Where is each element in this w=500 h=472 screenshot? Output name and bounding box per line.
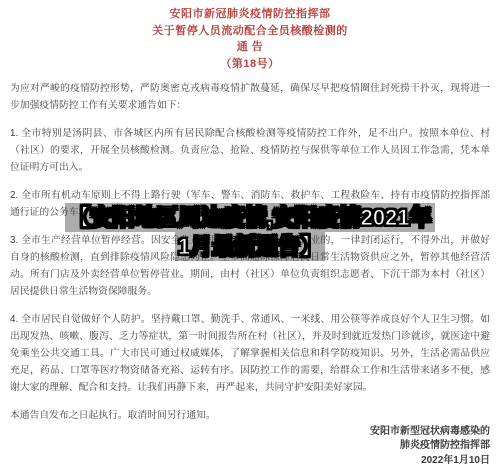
- header-doc-type: 通 告: [0, 39, 500, 56]
- notice-body: 为应对严峻的疫情防控形势，严防奥密克戎病毒疫情扩散蔓延，确保尽早把疫情圈住封死捞…: [0, 72, 500, 424]
- notice-header: 安阳市新冠肺炎疫情防控指挥部 关于暂停人员流动配合全员核酸检测的 通 告 （第1…: [0, 0, 500, 72]
- header-subject-line: 关于暂停人员流动配合全员核酸检测的: [0, 23, 500, 40]
- signature-block: 安阳市新型冠状病毒感染的 肺炎疫情防控指挥部 2022年1月10日: [370, 425, 490, 469]
- paragraph-item-4: 4. 全市居民自觉做好个人防护。坚持戴口罩、勤洗手、常通风、一米线、用公筷等养成…: [10, 311, 490, 396]
- signature-issuer-line-2: 肺炎疫情防控指挥部: [370, 439, 490, 454]
- paragraph-effective-date: 本通告自发布之日起执行。取消时间另行通知。: [10, 407, 490, 424]
- signature-date: 2022年1月10日: [370, 454, 490, 469]
- paragraph-item-3: 3. 全市生产经营单位暂停经营。因安全生产、民生事业单位等不能停业的，一律封闭运…: [10, 232, 490, 300]
- notice-document-page: 安阳市新冠肺炎疫情防控指挥部 关于暂停人员流动配合全员核酸检测的 通 告 （第1…: [0, 0, 500, 472]
- paragraph-item-2: 2. 全市所有机动车原则上不得上路行驶（军车、警车、消防车、救护车、工程救险车、…: [10, 187, 490, 221]
- paragraph-item-1: 1. 全市特别是汤阴县、市各城区内所有居民除配合核酸检测等疫情防控工作外，足不出…: [10, 125, 490, 176]
- header-doc-number: （第18号）: [0, 56, 500, 73]
- paragraph-intro: 为应对严峻的疫情防控形势，严防奥密克戎病毒疫情扩散蔓延，确保尽早把疫情圈住封死捞…: [10, 80, 490, 114]
- signature-issuer-line-1: 安阳市新型冠状病毒感染的: [370, 425, 490, 440]
- header-issuer-line: 安阳市新冠肺炎疫情防控指挥部: [0, 6, 500, 23]
